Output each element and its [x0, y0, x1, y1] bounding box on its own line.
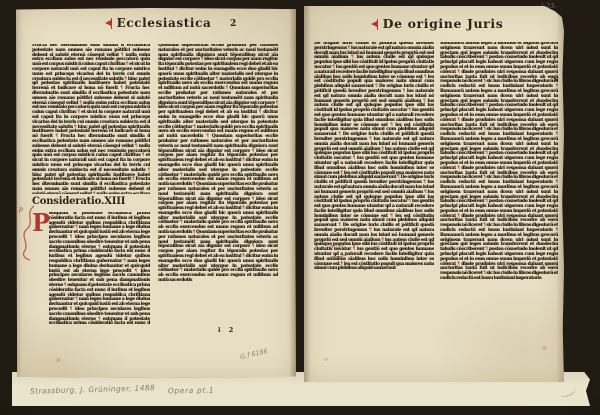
foxing-spot [266, 52, 270, 55]
pencil-work-note: Opera pt.1 [168, 386, 214, 396]
left-column-1-upper: Fructa hec đterminatio sunt similia đ ec… [32, 44, 150, 194]
left-column-1-lower-text: ostquam đ potestate eccłiastica prima cō… [49, 212, 151, 324]
photograph-of-incunabulum: Strassburg, J. Grüninger, 1488 Opera pt.… [0, 0, 600, 415]
right-running-head: De origine Juris [362, 16, 512, 31]
pencil-shelfmark: G.f 6186 [239, 347, 268, 361]
capitulum-icon [105, 18, 113, 28]
folio-number: 2 [230, 19, 236, 29]
left-running-title: Ecclesiastica [117, 16, 212, 30]
foxing-spot [56, 358, 61, 362]
red-ink-marginalia: nō łʒ [330, 244, 360, 257]
left-running-head: Ecclesiastica [88, 16, 228, 30]
margin-guide-letter: p [19, 206, 23, 213]
left-column-1-lower: P ostquam đ potestate eccłiastica prima … [32, 212, 150, 324]
right-column-1: De origine iuris ciuilis et pōtificii qu… [314, 42, 434, 338]
quire-signature: i 2 [218, 326, 236, 334]
foxing-spot [324, 358, 328, 361]
right-column-2: Romanorū autem leges a moribus et legibu… [440, 42, 558, 338]
right-running-title: De origine Juris [383, 16, 504, 31]
capitulum-icon [371, 19, 379, 29]
red-marginalia-text: nō łʒ [330, 244, 344, 250]
left-column-2: Quoniam superioritas eccłie probatur per… [158, 44, 278, 326]
section-heading: Consideratio.XIII [32, 196, 154, 207]
left-page: Ecclesiastica 2 Fructa hec đterminatio s… [16, 8, 296, 378]
red-marginalia-flourish-icon [330, 250, 350, 258]
pencil-corner-mark: 1.23. [540, 2, 557, 11]
pencil-imprint-note: Strassburg, J. Grüninger, 1488 [30, 383, 155, 395]
foxing-spot [542, 346, 547, 350]
right-page: De origine Juris N nō łʒ De origine iuri… [304, 6, 564, 382]
